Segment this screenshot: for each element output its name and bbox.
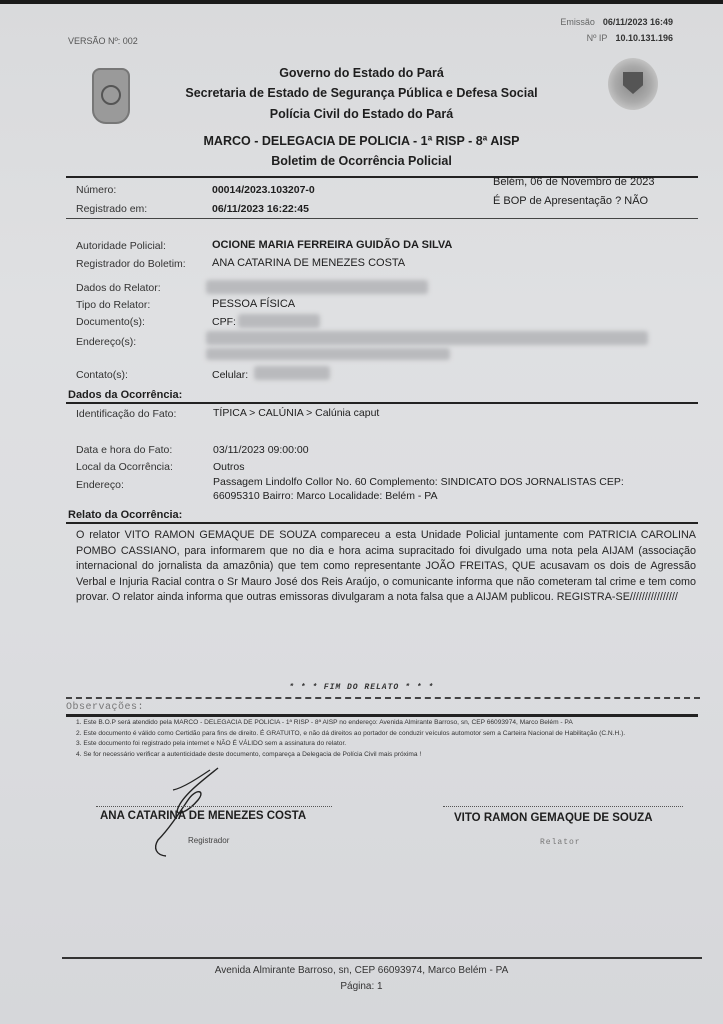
ocorrencia-endereco-line1: Passagem Lindolfo Collor No. 60 Compleme… — [213, 476, 624, 488]
page-title: Boletim de Ocorrência Policial — [0, 154, 723, 168]
observacao-item: 4. Se for necessário verificar a autenti… — [76, 750, 696, 759]
page-number: Página: 1 — [0, 981, 723, 992]
autoridade-value: OCIONE MARIA FERREIRA GUIDÃO DA SILVA — [212, 239, 452, 251]
header-police: Polícia Civil do Estado do Pará — [0, 107, 723, 121]
ocorrencia-section-title: Dados da Ocorrência: — [68, 389, 182, 401]
identificacao-label: Identificação do Fato: — [76, 408, 176, 420]
registrado-value: 06/11/2023 16:22:45 — [212, 203, 309, 215]
data-hora-label: Data e hora do Fato: — [76, 444, 172, 456]
documentos-label: Documento(s): — [76, 316, 145, 328]
local-label: Local da Ocorrência: — [76, 461, 173, 473]
identificacao-value: TÍPICA > CALÚNIA > Calúnia caput — [213, 407, 379, 419]
bop-question: É BOP de Apresentação ? — [493, 195, 621, 207]
top-edge — [0, 0, 723, 4]
endereco-label: Endereço(s): — [76, 336, 136, 348]
ocorrencia-endereco-line2: 66095310 Bairro: Marco Localidade: Belém… — [213, 490, 438, 502]
redacted-phone — [254, 366, 330, 380]
dashed-divider — [66, 697, 700, 699]
tipo-relator-value: PESSOA FÍSICA — [212, 298, 295, 310]
dados-relator-label: Dados do Relator: — [76, 282, 161, 294]
bop-answer: NÃO — [624, 195, 648, 207]
observacao-item: 2. Este documento é válido como Certidão… — [76, 729, 696, 738]
contato-prefix: Celular: — [212, 369, 248, 381]
divider — [66, 218, 698, 219]
documentos-prefix: CPF: — [212, 316, 236, 328]
observacoes-list: 1. Este B.O.P será atendido pela MARCO -… — [76, 718, 696, 761]
observacoes-title: Observações: — [66, 702, 144, 713]
ocorrencia-endereco-label: Endereço: — [76, 479, 124, 491]
signature-name-relator: VITO RAMON GEMAQUE DE SOUZA — [454, 812, 653, 824]
registrador-label: Registrador do Boletim: — [76, 258, 186, 270]
observacao-item: 3. Este documento foi registrado pela in… — [76, 739, 696, 748]
header-government: Governo do Estado do Pará — [0, 66, 723, 80]
divider — [66, 402, 698, 404]
bop-apresentacao: É BOP de Apresentação ? NÃO — [493, 195, 648, 207]
redacted-address-line2 — [206, 348, 450, 360]
numero-value: 00014/2023.103207-0 — [212, 184, 315, 196]
local-value: Outros — [213, 461, 245, 473]
registrador-value: ANA CATARINA DE MENEZES COSTA — [212, 257, 405, 269]
signature-line-relator — [443, 806, 683, 807]
redacted-cpf — [238, 314, 320, 328]
ip-value: 10.10.131.196 — [615, 33, 673, 43]
footer-divider — [62, 957, 702, 959]
relato-section-title: Relato da Ocorrência: — [68, 509, 182, 521]
emission-info: Emissão06/11/2023 16:49 Nº IP10.10.131.1… — [560, 14, 673, 46]
observacao-item: 1. Este B.O.P será atendido pela MARCO -… — [76, 718, 696, 727]
autoridade-label: Autoridade Policial: — [76, 240, 166, 252]
signature-name-registrador: ANA CATARINA DE MENEZES COSTA — [100, 810, 306, 822]
emission-value: 06/11/2023 16:49 — [603, 17, 673, 27]
signature-line-registrador — [96, 806, 332, 807]
place-date: Belém, 06 de Novembro de 2023 — [493, 176, 654, 188]
ip-label: Nº IP — [587, 33, 608, 43]
redacted-relator-data — [206, 280, 428, 294]
contato-label: Contato(s): — [76, 369, 128, 381]
version-label: VERSÃO Nº: 002 — [68, 36, 138, 46]
divider — [66, 714, 698, 717]
registrado-label: Registrado em: — [76, 203, 147, 215]
numero-label: Número: — [76, 184, 116, 196]
footer-address: Avenida Almirante Barroso, sn, CEP 66093… — [0, 965, 723, 976]
data-hora-value: 03/11/2023 09:00:00 — [213, 444, 309, 456]
signature-role-relator: Relator — [540, 838, 581, 847]
tipo-relator-label: Tipo do Relator: — [76, 299, 150, 311]
divider — [66, 522, 698, 524]
signature-role-registrador: Registrador — [188, 836, 229, 845]
emission-label: Emissão — [560, 17, 595, 27]
relato-text: O relator VITO RAMON GEMAQUE DE SOUZA co… — [76, 528, 696, 606]
header-secretariat: Secretaria de Estado de Segurança Públic… — [0, 86, 723, 100]
header-unit: MARCO - DELEGACIA DE POLICIA - 1ª RISP -… — [0, 134, 723, 148]
redacted-address-line1 — [206, 331, 648, 345]
end-of-report-marker: * * * FIM DO RELATO * * * — [0, 683, 723, 692]
